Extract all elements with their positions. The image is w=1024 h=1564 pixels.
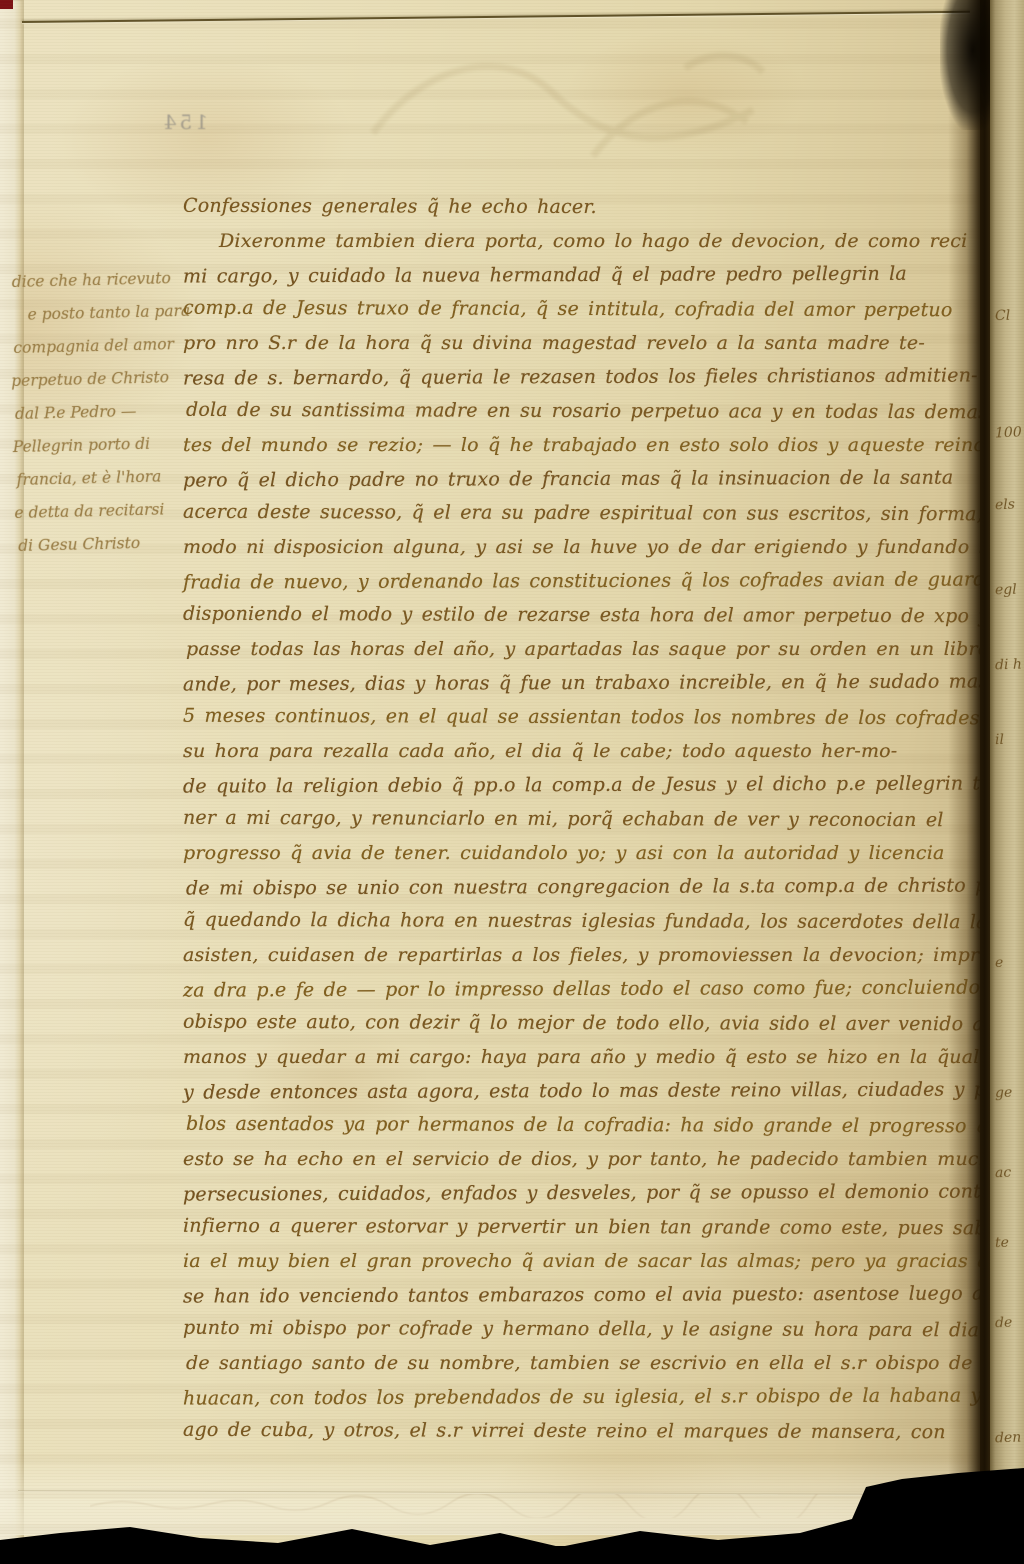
adjacent-page-text-fragment: te xyxy=(995,1235,1009,1251)
manuscript-line: q̃ quedando la dicha hora en nuestras ig… xyxy=(183,903,980,940)
manuscript-line: se han ido venciendo tantos embarazos co… xyxy=(183,1276,980,1313)
margin-note-line: Pellegrin porto di xyxy=(12,427,185,464)
manuscript-scan: 154 dice che ha ricevutoe posto tanto la… xyxy=(0,0,1024,1564)
manuscript-line: dola de su santissima madre en su rosari… xyxy=(186,393,980,430)
manuscript-line: resa de s. bernardo, q̃ queria le rezase… xyxy=(183,358,980,395)
manuscript-line: Dixeronme tambien diera porta, como lo h… xyxy=(183,224,980,258)
manuscript-line: pro nro S.r de la hora q̃ su divina mage… xyxy=(183,326,980,360)
ink-bleedthrough-swash xyxy=(355,38,785,178)
margin-note: dice che ha ricevutoe posto tanto la par… xyxy=(8,262,187,563)
manuscript-body: Confessiones generales q̃ he echo hacer.… xyxy=(183,190,980,1448)
manuscript-line: punto mi obispo por cofrade y hermano de… xyxy=(183,1311,980,1348)
margin-note-line: e posto tanto la para xyxy=(9,295,182,332)
adjacent-page-text-fragment: il xyxy=(995,732,1005,748)
manuscript-line: acerca deste sucesso, q̃ el era su padre… xyxy=(183,495,980,532)
manuscript-line: ago de cuba, y otros, el s.r virrei dest… xyxy=(183,1413,980,1450)
margin-note-line: e detta da recitarsi xyxy=(14,493,187,530)
fold-crease-top xyxy=(22,11,970,23)
manuscript-line: progresso q̃ avia de tener. cuidandolo y… xyxy=(183,836,980,870)
manuscript-line: esto se ha echo en el servicio de dios, … xyxy=(183,1142,980,1176)
adjacent-page-text-fragment: de xyxy=(995,1315,1013,1332)
manuscript-line: modo ni disposicion alguna, y asi se la … xyxy=(183,530,980,564)
adjacent-page-text-fragment: els xyxy=(995,497,1015,514)
manuscript-line: Confessiones generales q̃ he echo hacer. xyxy=(183,189,980,226)
adjacent-page-text-fragment: di h xyxy=(995,657,1022,674)
margin-note-line: dice che ha ricevuto xyxy=(11,262,181,299)
paper-bottom-edge xyxy=(0,1455,980,1535)
manuscript-line: passe todas las horas del año, y apartad… xyxy=(186,632,980,666)
adjacent-page-text-fragment: 100 xyxy=(995,425,1022,442)
book-gutter-shadow xyxy=(948,0,994,1546)
manuscript-line: za dra p.e fe de — por lo impresso della… xyxy=(183,970,980,1007)
paper-left-edge xyxy=(0,0,24,1546)
manuscript-line: ner a mi cargo, y renunciarlo en mi, por… xyxy=(183,801,980,838)
margin-note-line: francia, et è l'hora xyxy=(16,460,186,497)
folio-number-ghost: 154 xyxy=(138,110,208,134)
manuscript-line: su hora para rezalla cada año, el dia q̃… xyxy=(183,734,980,768)
manuscript-page: 154 dice che ha ricevutoe posto tanto la… xyxy=(0,0,980,1546)
manuscript-line: pero q̃ el dicho padre no truxo de franc… xyxy=(183,460,980,497)
margin-note-line: di Gesu Christo xyxy=(18,526,188,563)
adjacent-page-text-fragment: den xyxy=(995,1430,1022,1447)
adjacent-page-edge: Cl100elsegldi hilegeactededen xyxy=(990,0,1024,1505)
manuscript-line: de quito la religion debio q̃ pp.o la co… xyxy=(183,766,980,803)
manuscript-line: 5 meses continuos, en el qual se assient… xyxy=(183,699,980,736)
manuscript-line: asisten, cuidasen de repartirlas a los f… xyxy=(183,938,980,972)
margin-note-line: dal P.e Pedro — xyxy=(15,394,185,431)
manuscript-line: manos y quedar a mi cargo: haya para año… xyxy=(183,1040,980,1074)
manuscript-line: obispo este auto, con dezir q̃ lo mejor … xyxy=(183,1005,980,1042)
adjacent-page-text-fragment: egl xyxy=(995,582,1017,599)
manuscript-line: de santiago santo de su nombre, tambien … xyxy=(186,1346,980,1380)
manuscript-line: ande, por meses, dias y horas q̃ fue un … xyxy=(183,664,980,701)
manuscript-line: mi cargo, y cuidado la nueva hermandad q… xyxy=(183,256,980,293)
manuscript-line: fradia de nuevo, y ordenando las constit… xyxy=(183,562,980,599)
adjacent-page-text-fragment: ge xyxy=(995,1085,1013,1102)
manuscript-line: persecusiones, cuidados, enfados y desve… xyxy=(183,1174,980,1211)
adjacent-page-text-fragment: ac xyxy=(995,1165,1012,1182)
manuscript-line: disponiendo el modo y estilo de rezarse … xyxy=(183,597,980,634)
manuscript-line: ia el muy bien el gran provecho q̃ avian… xyxy=(183,1244,980,1278)
margin-note-line: perpetuo de Christo xyxy=(11,361,184,398)
manuscript-line: y desde entonces asta agora, esta todo l… xyxy=(183,1072,980,1109)
red-corner-mark xyxy=(0,0,13,9)
manuscript-line: tes del mundo se rezio; — lo q̃ he traba… xyxy=(183,428,980,462)
manuscript-line: comp.a de Jesus truxo de francia, q̃ se … xyxy=(183,291,980,328)
adjacent-page-text-fragment: e xyxy=(995,955,1004,971)
margin-note-line: compagnia del amor xyxy=(13,328,183,365)
manuscript-line: infierno a querer estorvar y pervertir u… xyxy=(183,1209,980,1246)
manuscript-line: blos asentados ya por hermanos de la cof… xyxy=(186,1107,980,1144)
manuscript-line: de mi obispo se unio con nuestra congreg… xyxy=(186,868,980,905)
adjacent-page-text-fragment: Cl xyxy=(995,308,1011,325)
manuscript-line: huacan, con todos los prebendados de su … xyxy=(183,1378,980,1415)
